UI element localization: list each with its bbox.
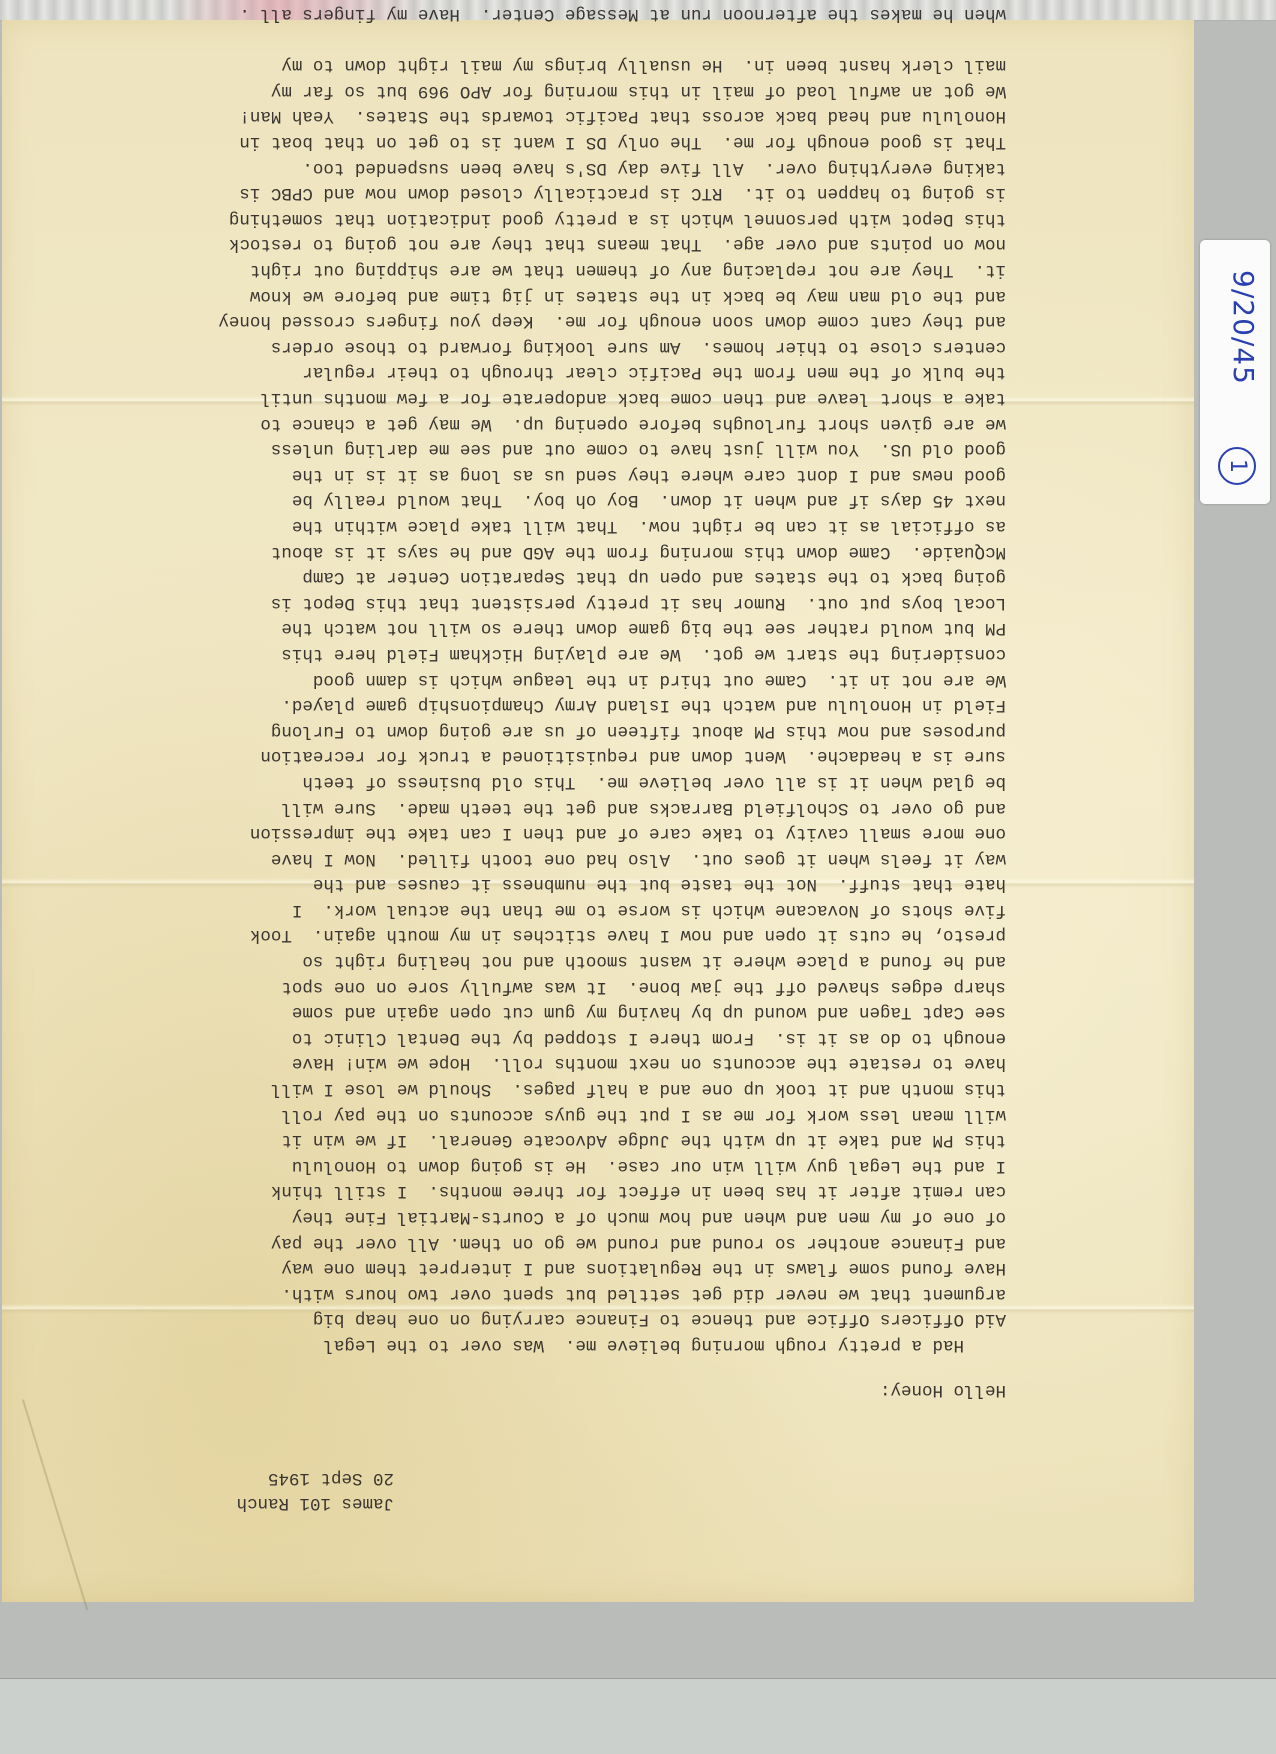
letter-line: of one of my men and when and how much o… [66, 1203, 1006, 1229]
letter-line: can remit after it has been in effect fo… [66, 1178, 1006, 1204]
letter-line: presto, he cuts it open and now I have s… [66, 922, 1006, 948]
letter-line: next 45 days if and when it down. Boy oh… [66, 487, 1006, 513]
letter-line: this Depot with personnel which is a pre… [66, 205, 1006, 231]
letter-line: hate that stuff. Not the taste but the n… [66, 871, 1006, 897]
letter-line: I and the Legal guy will win our case. H… [66, 1152, 1006, 1178]
letter-line: have to restate the accounts on next mon… [66, 1050, 1006, 1076]
salutation: Hello Honey: [880, 1376, 1006, 1402]
letter-line: Had a pretty rough morning believe me. W… [66, 1331, 1006, 1357]
letter-line: it. They are not replacing any of themen… [66, 256, 1006, 282]
letter-line: good news and I dont care where they sen… [66, 461, 1006, 487]
letter-line: taking everything over. All five day DS'… [66, 154, 1006, 180]
page-number-circle: 1 [1218, 447, 1256, 485]
letter-line: Have found some flaws in the Regulations… [66, 1255, 1006, 1281]
letter-line: we are given short furloughs before open… [66, 410, 1006, 436]
letter-line: will mean less work for me as I put the … [66, 1101, 1006, 1127]
letter-date: 20 Sept 1945 [236, 1465, 394, 1490]
letter-line: and he found a place where it wasnt smoo… [66, 948, 1006, 974]
letter-line: sure is a headache. Went down and requis… [66, 743, 1006, 769]
return-address: James 101 Ranch 20 Sept 1945 [236, 1465, 394, 1515]
letter-line: PM but would rather see the big game dow… [66, 615, 1006, 641]
letter-line: enough to do as it is. From there I stop… [66, 1024, 1006, 1050]
scanner-bed [0, 1678, 1276, 1754]
letter-content: James 101 Ranch 20 Sept 1945 Hello Honey… [2, 20, 1194, 1602]
letter-line: purposes and now this PM about fifteen o… [66, 717, 1006, 743]
letter-line: Local boys put out. Rumor has it pretty … [66, 589, 1006, 615]
letter-line: as official as it can be right now. That… [66, 512, 1006, 538]
letter-line: now on points and over age. That means t… [66, 231, 1006, 257]
letter-line: the bulk of the men from the Pacific cle… [66, 359, 1006, 385]
letter-line: and the old man may be back in the state… [66, 282, 1006, 308]
letter-line: argument that we never did get settled b… [66, 1280, 1006, 1306]
letter-line: five shots of Novacane which is worse to… [66, 896, 1006, 922]
letter-line: this month and it took up one and a half… [66, 1075, 1006, 1101]
letter-line: sharp edges shaved off the jaw bone. It … [66, 973, 1006, 999]
letter-line: this PM and take it up with the Judge Ad… [66, 1127, 1006, 1153]
letter-line: That is good enough for me. The only DS … [66, 129, 1006, 155]
letter-line: Aid Officers Office and thence to Financ… [66, 1306, 1006, 1332]
return-address-line: James 101 Ranch [236, 1490, 394, 1515]
letter-line: We are not in it. Came out third in the … [66, 666, 1006, 692]
letter-line: and they cant come down soon enough for … [66, 308, 1006, 334]
letter-line [66, 26, 1006, 52]
letter-line: Field in Honolulu and watch the Island A… [66, 692, 1006, 718]
letter-line: one more small cavity to take care of an… [66, 820, 1006, 846]
letter-page: James 101 Ranch 20 Sept 1945 Hello Honey… [2, 20, 1194, 1602]
letter-line: McQuaide. Came down this morning from th… [66, 538, 1006, 564]
letter-line: is going to happen to it. RTC is practic… [66, 180, 1006, 206]
letter-line: Honolulu and head back across that Pacif… [66, 103, 1006, 129]
letter-line: and Finance another so round and round w… [66, 1229, 1006, 1255]
handwritten-date: 9/20/45 [1227, 270, 1260, 390]
letter-line: going back to the states and open up tha… [66, 564, 1006, 590]
letter-line: centers close to thier homes. Am sure lo… [66, 333, 1006, 359]
letter-line: and go over to Scholfield Barracks and g… [66, 794, 1006, 820]
archive-tag: 9/20/45 1 [1200, 240, 1270, 504]
letter-line: see Capt Tagen and wound up by having my… [66, 999, 1006, 1025]
letter-line: We got an awful load of mail in this mor… [66, 77, 1006, 103]
letter-line: when he makes the afternoon run at Messa… [66, 1, 1006, 27]
letter-line: take a short leave and then come back an… [66, 384, 1006, 410]
letter-line: good old US. You will just have to come … [66, 436, 1006, 462]
letter-line: mail clerk hasnt been in. He usually bri… [66, 52, 1006, 78]
letter-line: be glad when it is all over believe me. … [66, 768, 1006, 794]
letter-body: Had a pretty rough morning believe me. W… [66, 1, 1006, 1357]
letter-line: considering the start we got. We are pla… [66, 640, 1006, 666]
letter-line: way it feels when it goes out. Also had … [66, 845, 1006, 871]
